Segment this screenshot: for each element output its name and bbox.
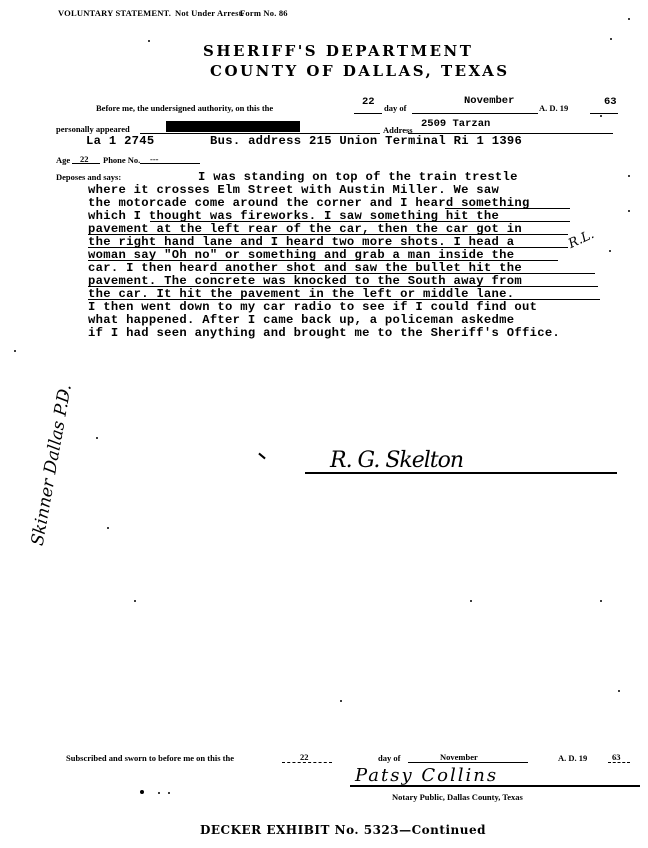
jurat-ad-label: A. D. 19	[558, 753, 587, 763]
jurat-label: Subscribed and sworn to before me on thi…	[66, 753, 234, 763]
phone-line-value: La 1 2745	[86, 134, 155, 148]
preamble-month: November	[464, 95, 514, 107]
preamble-ad-label: A. D. 19	[539, 103, 568, 113]
scan-speck	[628, 18, 630, 20]
notary-signature: Patsy Collins	[355, 765, 498, 786]
form-number-label: Form No. 86	[240, 8, 288, 18]
margin-annotation: Skinner Dallas P.D.	[28, 383, 76, 548]
scan-speck	[340, 700, 342, 702]
phone-label: Phone No.	[103, 155, 140, 165]
margin-initials: R.L.	[566, 227, 597, 252]
county-title: COUNTY OF DALLAS, TEXAS	[210, 62, 510, 80]
stray-mark	[158, 792, 160, 794]
jurat-month-line	[408, 762, 528, 763]
underline-mark	[88, 234, 568, 235]
scan-speck	[600, 600, 602, 602]
exhibit-footer: DECKER EXHIBIT No. 5323—Continued	[200, 823, 486, 837]
scan-speck	[470, 600, 472, 602]
preamble-day-label: day of	[384, 103, 406, 113]
scan-speck	[107, 527, 109, 529]
jurat-day: 22	[300, 752, 309, 762]
preamble-label: Before me, the undersigned authority, on…	[96, 103, 273, 113]
scan-speck	[610, 38, 612, 40]
deposes-label: Deposes and says:	[56, 172, 121, 182]
age-value: 22	[80, 154, 89, 164]
statement-line: if I had seen anything and brought me to…	[88, 326, 560, 340]
scan-speck	[600, 115, 602, 117]
underline-mark	[210, 273, 595, 274]
scan-speck	[628, 175, 630, 177]
scan-speck	[618, 690, 620, 692]
stray-mark	[168, 792, 170, 794]
underline-mark	[445, 208, 570, 209]
underline-mark	[150, 221, 570, 222]
phone-value: ---	[150, 154, 159, 164]
form-type-label: VOLUNTARY STATEMENT.	[58, 8, 171, 18]
arrest-status-label: Not Under Arrest.	[175, 8, 244, 18]
scan-speck	[64, 393, 66, 395]
age-label: Age	[56, 155, 70, 165]
preamble-year-line	[590, 113, 618, 114]
jurat-year-line	[608, 762, 630, 763]
scan-speck	[96, 437, 98, 439]
scan-speck	[134, 600, 136, 602]
preamble-month-line	[412, 113, 538, 114]
underline-mark	[88, 260, 558, 261]
department-title: SHERIFF'S DEPARTMENT	[203, 42, 473, 60]
scan-speck	[148, 40, 150, 42]
phone-field-line	[140, 163, 200, 164]
jurat-day-label: day of	[378, 753, 400, 763]
jurat-day-line	[282, 762, 332, 763]
redacted-name	[166, 121, 300, 132]
statement-line: where it crosses Elm Street with Austin …	[88, 183, 499, 197]
preamble-day-line	[354, 113, 382, 114]
scan-speck	[14, 350, 16, 352]
jurat-year: 63	[612, 752, 621, 762]
stray-mark	[258, 453, 265, 460]
business-address: Bus. address 215 Union Terminal Ri 1 139…	[210, 134, 522, 148]
signature-line	[305, 472, 617, 474]
underline-mark	[88, 247, 568, 248]
notary-signature-line	[350, 785, 640, 787]
scan-speck	[628, 210, 630, 212]
underline-mark	[88, 286, 598, 287]
statement-line: I then went down to my car radio to see …	[88, 300, 537, 314]
preamble-day: 22	[362, 96, 375, 108]
statement-line: I was standing on top of the train trest…	[198, 170, 518, 184]
jurat-month: November	[440, 752, 478, 762]
declarant-signature: R. G. Skelton	[330, 448, 463, 473]
notary-title: Notary Public, Dallas County, Texas	[392, 792, 523, 802]
appeared-label: personally appeared	[56, 124, 130, 134]
statement-line: what happened. After I came back up, a p…	[88, 313, 514, 327]
preamble-year: 63	[604, 96, 617, 108]
scan-speck	[609, 250, 611, 252]
underline-mark	[88, 299, 600, 300]
address-value: 2509 Tarzan	[421, 118, 490, 130]
stray-mark	[140, 790, 144, 794]
